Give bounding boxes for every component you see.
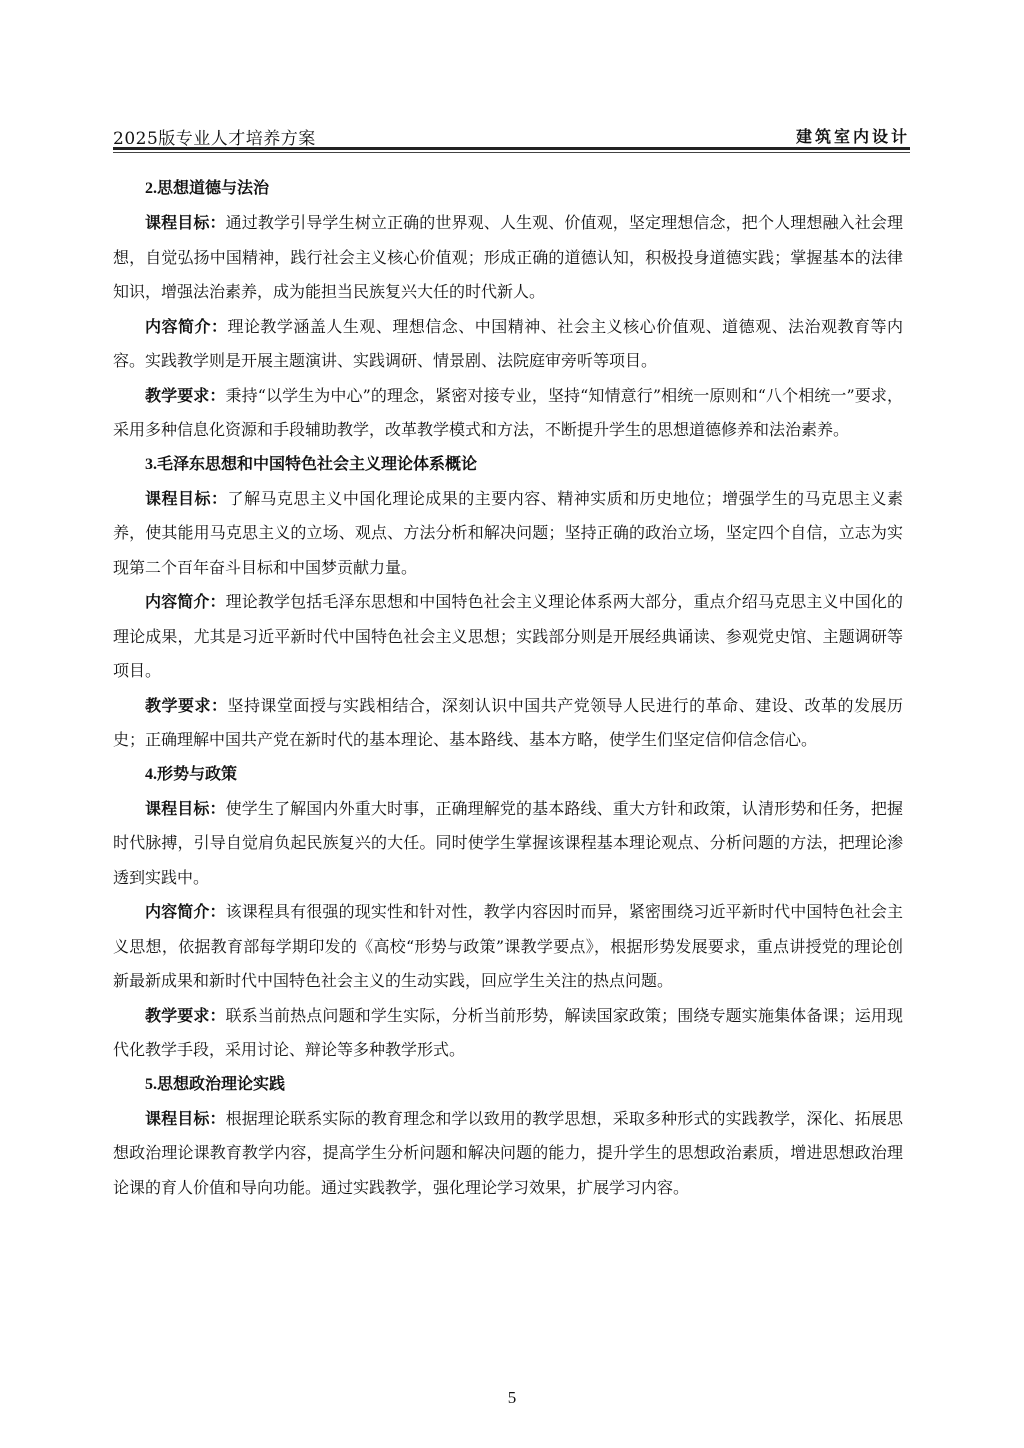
paragraph-teaching-requirements: 教学要求：秉持“以学生为中心”的理念，紧密对接专业，坚持“知情意行”相统一原则和… (113, 379, 903, 448)
paragraph-text: 理论教学包括毛泽东思想和中国特色社会主义理论体系两大部分，重点介绍马克思主义中国… (113, 592, 903, 680)
paragraph-label: 教学要求： (145, 1006, 226, 1025)
section-title: 2.思想道德与法治 (113, 172, 903, 206)
header-rule-thick (113, 147, 910, 150)
page-number: 5 (0, 1388, 1024, 1408)
page-content: 2.思想道德与法治 课程目标：通过教学引导学生树立正确的世界观、人生观、价值观，… (113, 172, 903, 1205)
section-title: 4.形势与政策 (113, 758, 903, 792)
paragraph-label: 内容简介： (145, 902, 226, 921)
paragraph-text: 秉持“以学生为中心”的理念，紧密对接专业，坚持“知情意行”相统一原则和“八个相统… (113, 386, 903, 440)
paragraph-text: 坚持课堂面授与实践相结合，深刻认识中国共产党领导人民进行的革命、建设、改革的发展… (113, 696, 903, 750)
paragraph-text: 联系当前热点问题和学生实际，分析当前形势，解读国家政策；围绕专题实施集体备课；运… (113, 1006, 903, 1060)
paragraph-content-intro: 内容简介：理论教学涵盖人生观、理想信念、中国精神、社会主义核心价值观、道德观、法… (113, 310, 903, 379)
paragraph-label: 课程目标： (145, 799, 226, 818)
paragraph-text: 该课程具有很强的现实性和针对性，教学内容因时而异，紧密围绕习近平新时代中国特色社… (113, 902, 903, 990)
paragraph-course-goal: 课程目标：使学生了解国内外重大时事，正确理解党的基本路线、重大方针和政策，认清形… (113, 792, 903, 896)
paragraph-content-intro: 内容简介：该课程具有很强的现实性和针对性，教学内容因时而异，紧密围绕习近平新时代… (113, 895, 903, 999)
paragraph-text: 通过教学引导学生树立正确的世界观、人生观、价值观，坚定理想信念，把个人理想融入社… (113, 213, 903, 301)
section-political-theory-practice: 5.思想政治理论实践 课程目标：根据理论联系实际的教育理念和学以致用的教学思想，… (113, 1068, 903, 1206)
section-situation-policy: 4.形势与政策 课程目标：使学生了解国内外重大时事，正确理解党的基本路线、重大方… (113, 758, 903, 1068)
paragraph-text: 了解马克思主义中国化理论成果的主要内容、精神实质和历史地位；增强学生的马克思主义… (113, 489, 903, 577)
paragraph-label: 课程目标： (145, 489, 227, 508)
paragraph-label: 内容简介： (145, 592, 226, 611)
section-ideology-morality-law: 2.思想道德与法治 课程目标：通过教学引导学生树立正确的世界观、人生观、价值观，… (113, 172, 903, 448)
paragraph-text: 使学生了解国内外重大时事，正确理解党的基本路线、重大方针和政策，认清形势和任务，… (113, 799, 903, 887)
paragraph-text: 根据理论联系实际的教育理念和学以致用的教学思想，采取多种形式的实践教学，深化、拓… (113, 1109, 903, 1197)
paragraph-teaching-requirements: 教学要求：坚持课堂面授与实践相结合，深刻认识中国共产党领导人民进行的革命、建设、… (113, 689, 903, 758)
paragraph-teaching-requirements: 教学要求：联系当前热点问题和学生实际，分析当前形势，解读国家政策；围绕专题实施集… (113, 999, 903, 1068)
paragraph-course-goal: 课程目标：通过教学引导学生树立正确的世界观、人生观、价值观，坚定理想信念，把个人… (113, 206, 903, 310)
paragraph-label: 课程目标： (145, 213, 226, 232)
section-title: 5.思想政治理论实践 (113, 1068, 903, 1102)
paragraph-label: 教学要求： (145, 386, 226, 405)
section-mao-zedong-thought: 3.毛泽东思想和中国特色社会主义理论体系概论 课程目标：了解马克思主义中国化理论… (113, 448, 903, 758)
paragraph-label: 内容简介： (145, 317, 227, 336)
header-document-title: 2025版专业人才培养方案 (113, 124, 316, 149)
page-header: 2025版专业人才培养方案 建筑室内设计 (113, 124, 910, 146)
header-major-name: 建筑室内设计 (796, 124, 910, 147)
section-title: 3.毛泽东思想和中国特色社会主义理论体系概论 (113, 448, 903, 482)
paragraph-course-goal: 课程目标：了解马克思主义中国化理论成果的主要内容、精神实质和历史地位；增强学生的… (113, 482, 903, 586)
paragraph-label: 课程目标： (145, 1109, 226, 1128)
paragraph-course-goal: 课程目标：根据理论联系实际的教育理念和学以致用的教学思想，采取多种形式的实践教学… (113, 1102, 903, 1206)
paragraph-text: 理论教学涵盖人生观、理想信念、中国精神、社会主义核心价值观、道德观、法治观教育等… (113, 317, 903, 371)
paragraph-content-intro: 内容简介：理论教学包括毛泽东思想和中国特色社会主义理论体系两大部分，重点介绍马克… (113, 585, 903, 689)
paragraph-label: 教学要求： (145, 696, 227, 715)
header-rule-thin (113, 152, 910, 153)
